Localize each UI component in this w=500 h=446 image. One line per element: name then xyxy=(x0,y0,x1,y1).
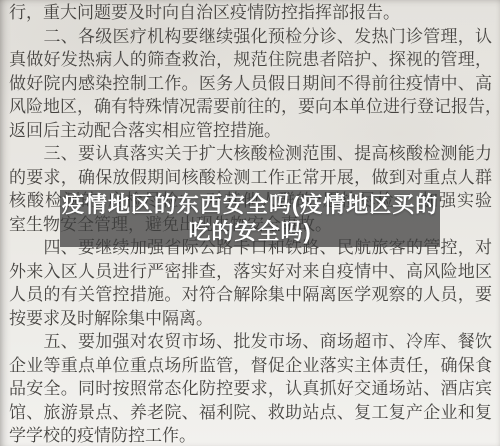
document-line: 外来入区人员进行严密排查，落实好对来自疫情中、高风险地区 xyxy=(9,260,492,284)
caption-line-2: 吃的安全吗) xyxy=(60,218,440,245)
document-line: 三、要认真落实关于扩大核酸检测范围、提高核酸检测能力 xyxy=(9,142,492,166)
document-line: 的要求，确保放假期间核酸检测工作正常开展，做到对重点人群 xyxy=(9,166,492,190)
document-line: 返回后主动配合落实相应管控措施。 xyxy=(9,119,492,143)
document-line: 学学校的疫情防控工作。 xyxy=(9,424,492,446)
document-line: 馆、旅游景点、养老院、福利院、救助站点、复工复产企业和复 xyxy=(9,401,492,425)
document-line: 品安全。同时按照常态化防控要求，认真抓好交通场站、酒店宾 xyxy=(9,377,492,401)
document-line: 二、各级医疗机构要继续强化预检分诊、发热门诊管理，认 xyxy=(9,25,492,49)
document-line: 人员的有关管控措施。对符合解除集中隔离医学观察的人员，要 xyxy=(9,283,492,307)
document-line: 真做好发热病人的筛查救治，规范住院患者陪护、探视的管理， xyxy=(9,48,492,72)
document-line: 五、要加强对农贸市场、批发市场、商场超市、冷库、餐饮 xyxy=(9,330,492,354)
caption-line-1: 疫情地区的东西安全吗(疫情地区买的 xyxy=(60,191,440,218)
document-line: 做好院内感染控制工作。医务人员假日期间不得前往疫情中、高 xyxy=(9,72,492,96)
document-line: 风险地区，确有特殊情况需要前往的，要向本单位进行登记报告， xyxy=(9,95,492,119)
document-line: 行，重大问题要及时向自治区疫情防控指挥部报告。 xyxy=(9,1,492,25)
caption-overlay: 疫情地区的东西安全吗(疫情地区买的 吃的安全吗) xyxy=(60,190,440,247)
document-line: 按要求及时解除集中隔离。 xyxy=(9,307,492,331)
document-line: 企业等重点单位重点场所监管，督促企业落实主体责任，确保食 xyxy=(9,354,492,378)
